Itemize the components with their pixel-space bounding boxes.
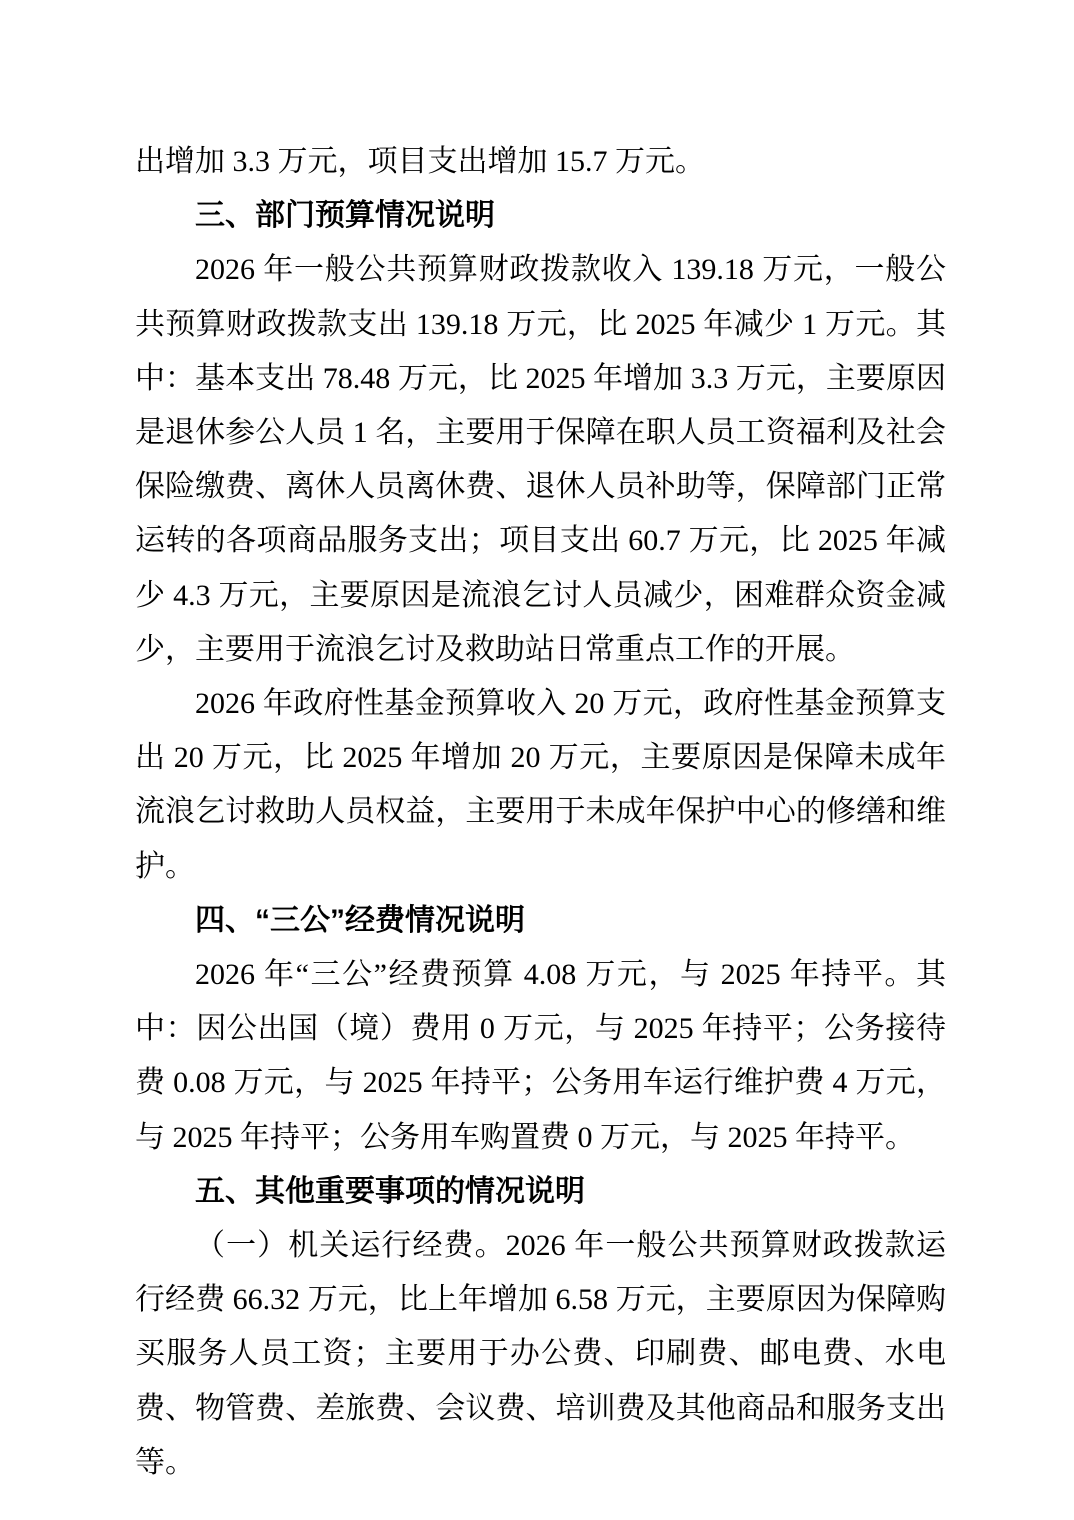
paragraph-general-public-budget: 2026 年一般公共预算财政拨款收入 139.18 万元，一般公共预算财政拨款支… [135,243,946,677]
section-heading-department-budget: 三、部门预算情况说明 [135,189,946,243]
document-body: 出增加 3.3 万元，项目支出增加 15.7 万元。 三、部门预算情况说明 20… [135,135,946,1490]
section-heading-three-public-expenses: 四、“三公”经费情况说明 [135,894,946,948]
paragraph-government-fund-budget: 2026 年政府性基金预算收入 20 万元，政府性基金预算支出 20 万元，比 … [135,677,946,894]
paragraph-agency-operating-expenses: （一）机关运行经费。2026 年一般公共预算财政拨款运行经费 66.32 万元，… [135,1219,946,1490]
section-heading-other-important-matters: 五、其他重要事项的情况说明 [135,1165,946,1219]
document-page: 出增加 3.3 万元，项目支出增加 15.7 万元。 三、部门预算情况说明 20… [0,0,1074,1520]
paragraph-three-public-expenses-detail: 2026 年“三公”经费预算 4.08 万元，与 2025 年持平。其中：因公出… [135,948,946,1165]
paragraph-continuation-expenditure-increase: 出增加 3.3 万元，项目支出增加 15.7 万元。 [135,135,946,189]
